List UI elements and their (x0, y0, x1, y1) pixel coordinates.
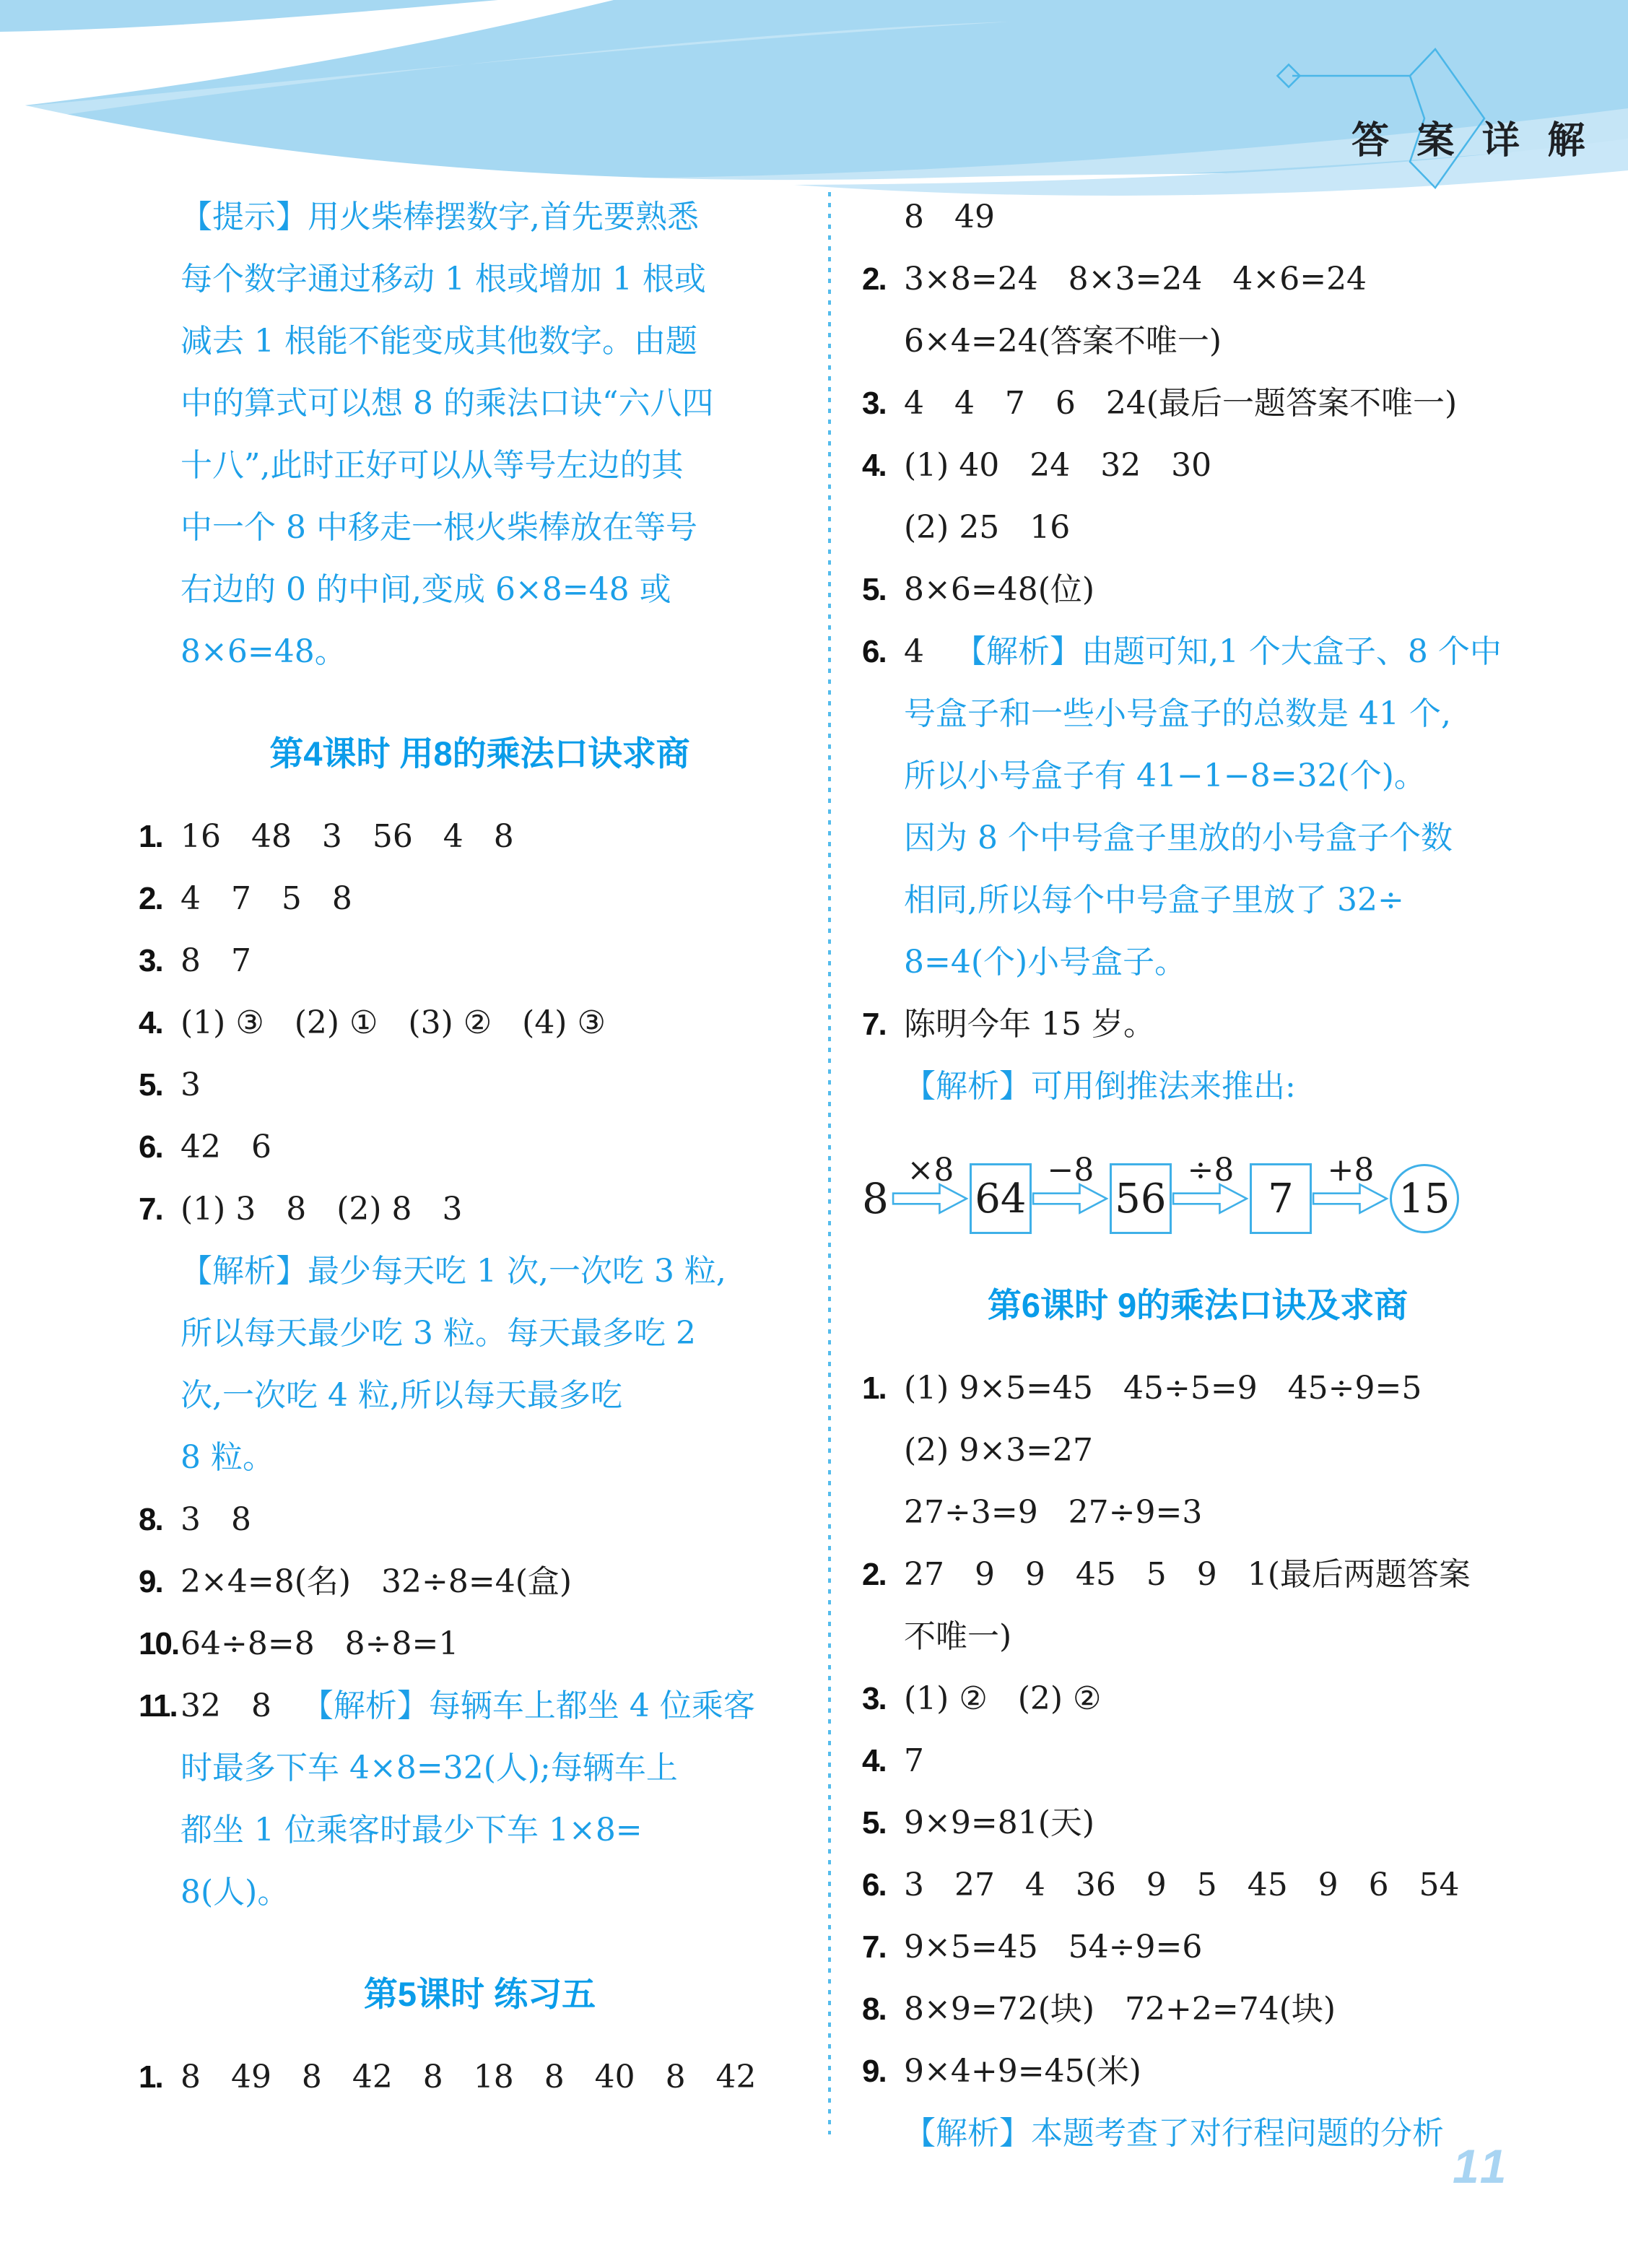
flow-result-circle: 15 (1390, 1164, 1459, 1233)
answer-item: 2.4 7 5 8 (139, 868, 821, 930)
answer-item: 2.27 9 9 45 5 9 1(最后两题答案不唯一) (862, 1544, 1533, 1668)
text-line: 8 49 (904, 186, 1533, 248)
text-segment: 8×9=72(块) 72+2=74(块) (904, 1991, 1336, 2028)
flow-arrow-icon: −8 (1032, 1182, 1110, 1215)
text-segment: 中的算式可以想 8 的乘法口诀“六八四 (180, 385, 713, 422)
text-line: 27÷3=9 27÷9=3 (904, 1482, 1533, 1544)
answer-item: 8.8×9=72(块) 72+2=74(块) (862, 1978, 1533, 2041)
flow-operation-label: −8 (1032, 1155, 1110, 1186)
item-number-label: 1. (862, 1357, 902, 1420)
item-content: 9×4+9=45(米)【解析】本题考查了对行程问题的分析 (904, 2041, 1533, 2165)
text-segment: 【提示】用火柴棒摆数字,首先要熟悉 (180, 199, 699, 235)
section-heading: 第6课时 9的乘法口诀及求商 (862, 1284, 1533, 1327)
text-segment: 6×4=24(答案不唯一) (904, 323, 1222, 360)
text-line: (2) 9×3=27 (904, 1420, 1533, 1482)
text-line: 2×4=8(名) 32÷8=4(盒) (180, 1551, 821, 1613)
text-line: 4 7 5 8 (180, 868, 821, 930)
text-segment: 27÷3=9 27÷9=3 (904, 1494, 1202, 1531)
text-segment: 3 (180, 1066, 201, 1103)
item-content: (1) 40 24 32 30(2) 25 16 (904, 435, 1533, 559)
item-content: 陈明今年 15 岁。【解析】可用倒推法来推出: (904, 994, 1533, 1118)
text-line: 9×4+9=45(米) (904, 2041, 1533, 2103)
answer-item: 6.3 27 4 36 9 5 45 9 6 54 (862, 1854, 1533, 1916)
item-content: 8 49 8 42 8 18 8 40 8 42 (180, 2046, 821, 2108)
item-number-label: 4. (862, 1730, 902, 1792)
item-number-label: 3. (862, 373, 902, 435)
section-heading: 第4课时 用8的乘法口诀求商 (139, 732, 821, 775)
item-number-label: 8. (139, 1489, 179, 1551)
text-line: 时最多下车 4×8=32(人);每辆车上 (180, 1737, 821, 1799)
text-segment: 每个数字通过移动 1 根或增加 1 根或 (180, 261, 706, 297)
item-content: (1) ③ (2) ① (3) ② (4) ③ (180, 992, 821, 1054)
text-line: (1) 40 24 32 30 (904, 435, 1533, 497)
answer-item: 7.陈明今年 15 岁。【解析】可用倒推法来推出: (862, 994, 1533, 1118)
text-segment: 8 粒。 (180, 1439, 274, 1476)
text-segment: 32 8 (180, 1687, 302, 1724)
right-column: 8 492.3×8=24 8×3=24 4×6=246×4=24(答案不唯一)3… (862, 186, 1533, 2165)
text-line: 【解析】可用倒推法来推出: (904, 1056, 1533, 1118)
flow-arrow-icon: ×8 (892, 1182, 970, 1215)
text-segment: 因为 8 个中号盒子里放的小号盒子个数 (904, 820, 1453, 856)
text-line: 8 49 8 42 8 18 8 40 8 42 (180, 2046, 821, 2108)
text-segment: (1) 3 8 (2) 8 3 (180, 1191, 462, 1228)
text-segment: 27 9 9 45 5 9 1(最后两题答案 (904, 1556, 1471, 1593)
text-segment: 时最多下车 4×8=32(人);每辆车上 (180, 1750, 678, 1786)
text-line: 8×6=48(位) (904, 559, 1533, 621)
text-line: 减去 1 根能不能变成其他数字。由题 (180, 310, 821, 373)
text-segment: 8×6=48。 (180, 633, 347, 670)
text-segment: 十八”,此时正好可以从等号左边的其 (180, 447, 683, 484)
answer-item: 11.32 8 【解析】每辆车上都坐 4 位乘客时最多下车 4×8=32(人);… (139, 1675, 821, 1924)
item-content: 16 48 3 56 4 8 (180, 806, 821, 868)
answer-item: 5.8×6=48(位) (862, 559, 1533, 621)
text-segment: (1) 9×5=45 45÷5=9 45÷9=5 (904, 1370, 1422, 1407)
item-number-label: 11. (139, 1675, 179, 1737)
text-segment: 右边的 0 的中间,变成 6×8=48 或 (180, 571, 671, 608)
item-number-label: 3. (139, 930, 179, 992)
text-segment: 3 8 (180, 1501, 251, 1538)
item-content: 8 7 (180, 930, 821, 992)
text-line: 陈明今年 15 岁。 (904, 994, 1533, 1056)
item-number-label: 4. (862, 435, 902, 497)
answer-item: 5.9×9=81(天) (862, 1792, 1533, 1854)
text-segment: 都坐 1 位乘客时最少下车 1×8= (180, 1812, 643, 1848)
item-content: (1) 3 8 (2) 8 3【解析】最少每天吃 1 次,一次吃 3 粒,所以每… (180, 1178, 821, 1489)
text-segment: (2) 25 16 (904, 509, 1070, 546)
item-content: 9×5=45 54÷9=6 (904, 1916, 1533, 1978)
answer-item: 3.(1) ② (2) ② (862, 1668, 1533, 1730)
text-line: 【提示】用火柴棒摆数字,首先要熟悉 (180, 186, 821, 248)
text-segment: (1) ② (2) ② (904, 1680, 1101, 1717)
text-line: (1) 3 8 (2) 8 3 (180, 1178, 821, 1241)
answer-item: 9.2×4=8(名) 32÷8=4(盒) (139, 1551, 821, 1613)
text-line: 十八”,此时正好可以从等号左边的其 (180, 435, 821, 497)
answer-item: 6.42 6 (139, 1116, 821, 1178)
left-column: 【提示】用火柴棒摆数字,首先要熟悉每个数字通过移动 1 根或增加 1 根或减去 … (139, 186, 821, 2108)
text-line: 【解析】最少每天吃 1 次,一次吃 3 粒, (180, 1241, 821, 1303)
item-number-label: 3. (862, 1668, 902, 1730)
item-number-label: 5. (139, 1054, 179, 1116)
item-number-label: 7. (862, 994, 902, 1056)
answer-item: 8.3 8 (139, 1489, 821, 1551)
item-number-label: 6. (862, 1854, 902, 1916)
item-content: 4 7 5 8 (180, 868, 821, 930)
page-title: 答 案 详 解 (1351, 110, 1593, 164)
text-segment: 陈明今年 15 岁。 (904, 1006, 1155, 1043)
item-number-label: 4. (139, 992, 179, 1054)
text-line: 中的算式可以想 8 的乘法口诀“六八四 (180, 373, 821, 435)
item-number-label: 2. (862, 1544, 902, 1606)
text-segment: 8 7 (180, 942, 251, 979)
text-segment: 16 48 3 56 4 8 (180, 818, 514, 855)
item-number-label: 6. (139, 1116, 179, 1178)
text-line: 32 8 【解析】每辆车上都坐 4 位乘客 (180, 1675, 821, 1737)
answer-page: 答 案 详 解 【提示】用火柴棒摆数字,首先要熟悉每个数字通过移动 1 根或增加… (0, 0, 1628, 2268)
item-content: 27 9 9 45 5 9 1(最后两题答案不唯一) (904, 1544, 1533, 1668)
text-line: 8 粒。 (180, 1427, 821, 1489)
text-segment: 9×5=45 54÷9=6 (904, 1929, 1202, 1965)
text-segment: 号盒子和一些小号盒子的总数是 41 个, (904, 695, 1451, 732)
text-segment: 次,一次吃 4 粒,所以每天最多吃 (180, 1377, 622, 1414)
item-number-label: 8. (862, 1978, 902, 2041)
text-line: 次,一次吃 4 粒,所以每天最多吃 (180, 1365, 821, 1427)
text-segment: 【解析】可用倒推法来推出: (904, 1068, 1296, 1105)
column-divider (828, 192, 831, 2134)
item-content: (1) ② (2) ② (904, 1668, 1533, 1730)
text-segment: 【解析】本题考查了对行程问题的分析 (904, 2115, 1444, 2152)
section-heading: 第5课时 练习五 (139, 1973, 821, 2016)
text-line: 8=4(个)小号盒子。 (904, 931, 1533, 994)
text-line: 3 8 (180, 1489, 821, 1551)
text-segment: 相同,所以每个中号盒子里放了 32÷ (904, 882, 1404, 918)
item-content: 3 8 (180, 1489, 821, 1551)
item-content: 32 8 【解析】每辆车上都坐 4 位乘客时最多下车 4×8=32(人);每辆车… (180, 1675, 821, 1924)
answer-item: 4.(1) ③ (2) ① (3) ② (4) ③ (139, 992, 821, 1054)
backtracking-flow-diagram: 8×864−856÷87+815 (862, 1122, 1533, 1235)
answer-item: 10.64÷8=8 8÷8=1 (139, 1613, 821, 1675)
text-line: 4 4 7 6 24(最后一题答案不唯一) (904, 373, 1533, 435)
text-line: 9×9=81(天) (904, 1792, 1533, 1854)
item-number-label: 5. (862, 559, 902, 621)
item-number-label: 2. (139, 868, 179, 930)
answer-item: 2.3×8=24 8×3=24 4×6=246×4=24(答案不唯一) (862, 248, 1533, 373)
item-number-label: 5. (862, 1792, 902, 1854)
text-line: 3 (180, 1054, 821, 1116)
item-content: 64÷8=8 8÷8=1 (180, 1613, 821, 1675)
text-line: 相同,所以每个中号盒子里放了 32÷ (904, 869, 1533, 931)
item-number-label: 9. (139, 1551, 179, 1613)
text-line: 3×8=24 8×3=24 4×6=24 (904, 248, 1533, 310)
text-line: 4 【解析】由题可知,1 个大盒子、8 个中 (904, 621, 1533, 683)
item-content: 8×9=72(块) 72+2=74(块) (904, 1978, 1533, 2041)
text-line: (2) 25 16 (904, 497, 1533, 559)
flow-start-value: 8 (862, 1174, 889, 1223)
text-line: (1) 9×5=45 45÷5=9 45÷9=5 (904, 1357, 1533, 1420)
answer-item: 3.4 4 7 6 24(最后一题答案不唯一) (862, 373, 1533, 435)
text-segment: 9×9=81(天) (904, 1804, 1094, 1841)
text-line: 都坐 1 位乘客时最少下车 1×8= (180, 1799, 821, 1861)
text-line: 所以每天最少吃 3 粒。每天最多吃 2 (180, 1303, 821, 1365)
text-line: 不唯一) (904, 1606, 1533, 1668)
answer-item: 5.3 (139, 1054, 821, 1116)
answer-item: 9.9×4+9=45(米)【解析】本题考查了对行程问题的分析 (862, 2041, 1533, 2165)
text-segment: 4 7 5 8 (180, 880, 352, 917)
text-segment: 42 6 (180, 1129, 271, 1165)
item-content: 8×6=48(位) (904, 559, 1533, 621)
text-line: 因为 8 个中号盒子里放的小号盒子个数 (904, 807, 1533, 869)
answer-item: 6.4 【解析】由题可知,1 个大盒子、8 个中号盒子和一些小号盒子的总数是 4… (862, 621, 1533, 994)
answer-item: 1.16 48 3 56 4 8 (139, 806, 821, 868)
text-line: 右边的 0 的中间,变成 6×8=48 或 (180, 559, 821, 621)
item-number-label: 1. (139, 2046, 179, 2108)
flow-arrow-icon: ÷8 (1172, 1182, 1250, 1215)
item-number-label: 10. (139, 1613, 179, 1675)
item-number-label: 7. (139, 1178, 179, 1241)
text-segment: 8 49 8 42 8 18 8 40 8 42 (180, 2059, 757, 2095)
answer-item: 7.9×5=45 54÷9=6 (862, 1916, 1533, 1978)
text-line: 中一个 8 中移走一根火柴棒放在等号 (180, 497, 821, 559)
flow-value-box: 7 (1250, 1163, 1312, 1234)
text-line: 7 (904, 1730, 1533, 1792)
answer-item: 1.(1) 9×5=45 45÷5=9 45÷9=5(2) 9×3=2727÷3… (862, 1357, 1533, 1544)
item-content: 7 (904, 1730, 1533, 1792)
text-segment: 4 4 7 6 24(最后一题答案不唯一) (904, 385, 1457, 422)
text-line: 42 6 (180, 1116, 821, 1178)
answer-item: 3.8 7 (139, 930, 821, 992)
text-line: (1) ③ (2) ① (3) ② (4) ③ (180, 992, 821, 1054)
text-segment: 中一个 8 中移走一根火柴棒放在等号 (180, 509, 697, 546)
item-content: (1) 9×5=45 45÷5=9 45÷9=5(2) 9×3=2727÷3=9… (904, 1357, 1533, 1544)
item-content: 3 (180, 1054, 821, 1116)
text-segment: 【解析】由题可知,1 个大盒子、8 个中 (954, 633, 1502, 670)
text-segment: 【解析】每辆车上都坐 4 位乘客 (302, 1687, 755, 1724)
text-segment: 8(人)。 (180, 1874, 289, 1911)
text-segment: 3×8=24 8×3=24 4×6=24 (904, 261, 1367, 297)
item-number-label: 6. (862, 621, 902, 683)
text-line: 64÷8=8 8÷8=1 (180, 1613, 821, 1675)
text-line: 9×5=45 54÷9=6 (904, 1916, 1533, 1978)
text-line: 8 7 (180, 930, 821, 992)
answer-item: 1.8 49 8 42 8 18 8 40 8 42 (139, 2046, 821, 2108)
item-content: 2×4=8(名) 32÷8=4(盒) (180, 1551, 821, 1613)
item-content: 42 6 (180, 1116, 821, 1178)
text-line: 8×6=48。 (180, 621, 821, 683)
text-segment: 所以小号盒子有 41−1−8=32(个)。 (904, 757, 1426, 794)
item-content: 4 4 7 6 24(最后一题答案不唯一) (904, 373, 1533, 435)
answer-item: 7.(1) 3 8 (2) 8 3【解析】最少每天吃 1 次,一次吃 3 粒,所… (139, 1178, 821, 1489)
text-segment: 8×6=48(位) (904, 571, 1094, 608)
item-number-label: 7. (862, 1916, 902, 1978)
answer-item: 4.7 (862, 1730, 1533, 1792)
text-line: 【解析】本题考查了对行程问题的分析 (904, 2103, 1533, 2165)
item-content: 4 【解析】由题可知,1 个大盒子、8 个中号盒子和一些小号盒子的总数是 41 … (904, 621, 1533, 994)
flow-value-box: 64 (970, 1163, 1032, 1234)
text-segment: 【解析】最少每天吃 1 次,一次吃 3 粒, (180, 1253, 726, 1290)
flow-arrow-icon: +8 (1312, 1182, 1390, 1215)
text-line: 所以小号盒子有 41−1−8=32(个)。 (904, 745, 1533, 807)
text-line: 8×9=72(块) 72+2=74(块) (904, 1978, 1533, 2041)
continuation-line: 8 49 (862, 186, 1533, 248)
page-number: 11 (1453, 2139, 1511, 2194)
explanation-paragraph: 【提示】用火柴棒摆数字,首先要熟悉每个数字通过移动 1 根或增加 1 根或减去 … (139, 186, 821, 683)
text-segment: 3 27 4 36 9 5 45 9 6 54 (904, 1867, 1460, 1903)
text-line: (1) ② (2) ② (904, 1668, 1533, 1730)
text-line: 号盒子和一些小号盒子的总数是 41 个, (904, 683, 1533, 745)
answer-item: 4.(1) 40 24 32 30(2) 25 16 (862, 435, 1533, 559)
text-segment: 64÷8=8 8÷8=1 (180, 1625, 458, 1662)
text-line: 每个数字通过移动 1 根或增加 1 根或 (180, 248, 821, 310)
text-segment: 减去 1 根能不能变成其他数字。由题 (180, 323, 697, 360)
text-segment: 所以每天最少吃 3 粒。每天最多吃 2 (180, 1315, 696, 1352)
text-line: 16 48 3 56 4 8 (180, 806, 821, 868)
text-segment: 7 (904, 1742, 924, 1779)
text-segment: 不唯一) (904, 1618, 1011, 1655)
text-segment: 9×4+9=45(米) (904, 2053, 1141, 2090)
text-line: 3 27 4 36 9 5 45 9 6 54 (904, 1854, 1533, 1916)
item-number-label: 2. (862, 248, 902, 310)
item-content: 3 27 4 36 9 5 45 9 6 54 (904, 1854, 1533, 1916)
text-segment: 8 49 (904, 199, 995, 235)
flow-operation-label: +8 (1312, 1155, 1390, 1186)
text-line: 27 9 9 45 5 9 1(最后两题答案 (904, 1544, 1533, 1606)
item-content: 9×9=81(天) (904, 1792, 1533, 1854)
item-number-label: 9. (862, 2041, 902, 2103)
flow-operation-label: ×8 (892, 1155, 970, 1186)
item-number-label: 1. (139, 806, 179, 868)
flow-operation-label: ÷8 (1172, 1155, 1250, 1186)
text-line: 8(人)。 (180, 1861, 821, 1924)
text-segment: (1) 40 24 32 30 (904, 447, 1211, 484)
item-content: 3×8=24 8×3=24 4×6=246×4=24(答案不唯一) (904, 248, 1533, 373)
text-segment: (2) 9×3=27 (904, 1432, 1093, 1469)
text-segment: (1) ③ (2) ① (3) ② (4) ③ (180, 1004, 606, 1041)
text-segment: 2×4=8(名) 32÷8=4(盒) (180, 1563, 572, 1600)
flow-value-box: 56 (1110, 1163, 1172, 1234)
text-line: 6×4=24(答案不唯一) (904, 310, 1533, 373)
text-segment: 8=4(个)小号盒子。 (904, 944, 1186, 981)
text-segment: 4 (904, 633, 954, 670)
